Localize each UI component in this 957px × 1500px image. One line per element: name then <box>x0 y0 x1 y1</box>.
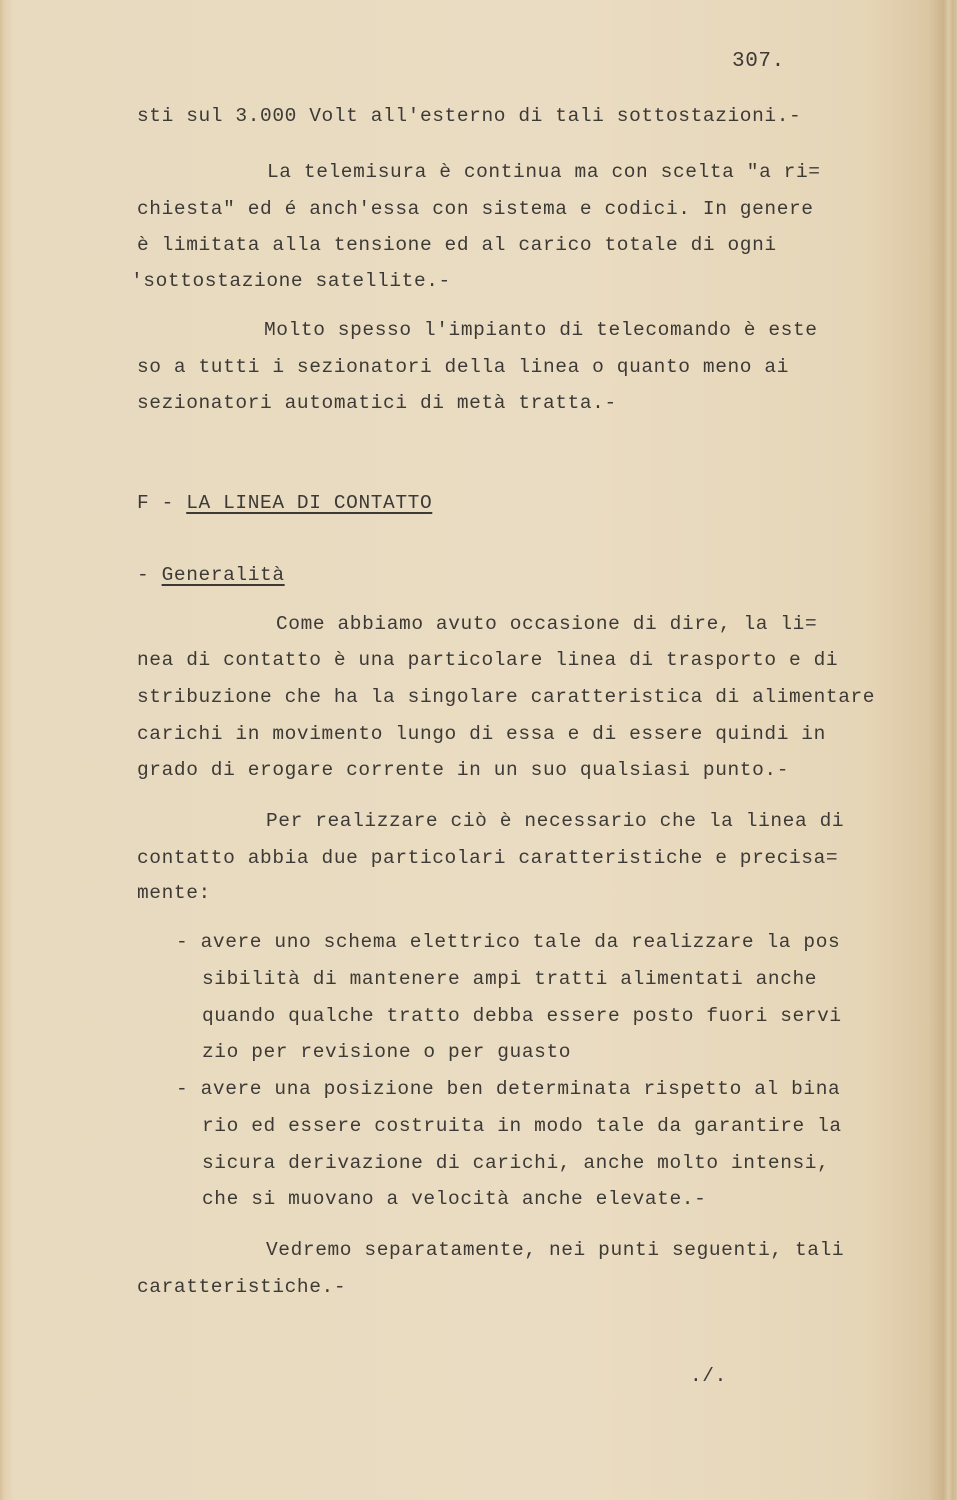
bullet-line: zio per revisione o per guasto <box>202 1040 571 1064</box>
text-line: Vedremo separatamente, nei punti seguent… <box>266 1238 844 1262</box>
text-line: Molto spesso l'impianto di telecomando è… <box>264 318 818 342</box>
bullet-line: - avere uno schema elettrico tale da rea… <box>176 930 840 954</box>
text-line: sezionatori automatici di metà tratta.- <box>137 391 617 415</box>
text-line: grado di erogare corrente in un suo qual… <box>137 758 789 782</box>
text-line: è limitata alla tensione ed al carico to… <box>137 233 777 257</box>
text-line: carichi in movimento lungo di essa e di … <box>137 722 826 746</box>
text-line: Come abbiamo avuto occasione di dire, la… <box>276 612 817 636</box>
text-line: La telemisura è continua ma con scelta "… <box>267 160 821 184</box>
subsection-title: Generalità <box>162 564 285 586</box>
section-title: LA LINEA DI CONTATTO <box>186 492 432 514</box>
text-line: mente: <box>137 881 211 905</box>
bullet-line: rio ed essere costruita in modo tale da … <box>202 1114 842 1138</box>
text-line: so a tutti i sezionatori della linea o q… <box>137 355 789 379</box>
subsection-prefix: - <box>137 564 162 586</box>
bullet-line: - avere una posizione ben determinata ri… <box>176 1077 840 1101</box>
text-line: stribuzione che ha la singolare caratter… <box>137 685 875 709</box>
text-line: sti sul 3.000 Volt all'esterno di tali s… <box>137 104 801 128</box>
section-prefix: F - <box>137 492 186 514</box>
bullet-line: che si muovano a velocità anche elevate.… <box>202 1187 706 1211</box>
text-line: nea di contatto è una particolare linea … <box>137 648 838 672</box>
text-line: contatto abbia due particolari caratteri… <box>137 846 838 870</box>
text-line: 'sottostazione satellite.- <box>131 269 451 293</box>
page-edge <box>943 0 957 1500</box>
page-number: 307. <box>732 50 785 74</box>
text-line: Per realizzare ciò è necessario che la l… <box>266 809 844 833</box>
bullet-line: sicura derivazione di carichi, anche mol… <box>202 1151 829 1175</box>
bullet-line: sibilità di mantenere ampi tratti alimen… <box>202 967 817 991</box>
bullet-line: quando qualche tratto debba essere posto… <box>202 1004 842 1028</box>
subsection-heading: - Generalità <box>137 563 285 587</box>
document-page: 307. sti sul 3.000 Volt all'esterno di t… <box>0 0 957 1500</box>
text-line: chiesta" ed é anch'essa con sistema e co… <box>137 197 814 221</box>
continuation-mark: ./. <box>690 1364 727 1388</box>
section-heading: F - LA LINEA DI CONTATTO <box>137 491 432 515</box>
text-line: caratteristiche.- <box>137 1275 346 1299</box>
